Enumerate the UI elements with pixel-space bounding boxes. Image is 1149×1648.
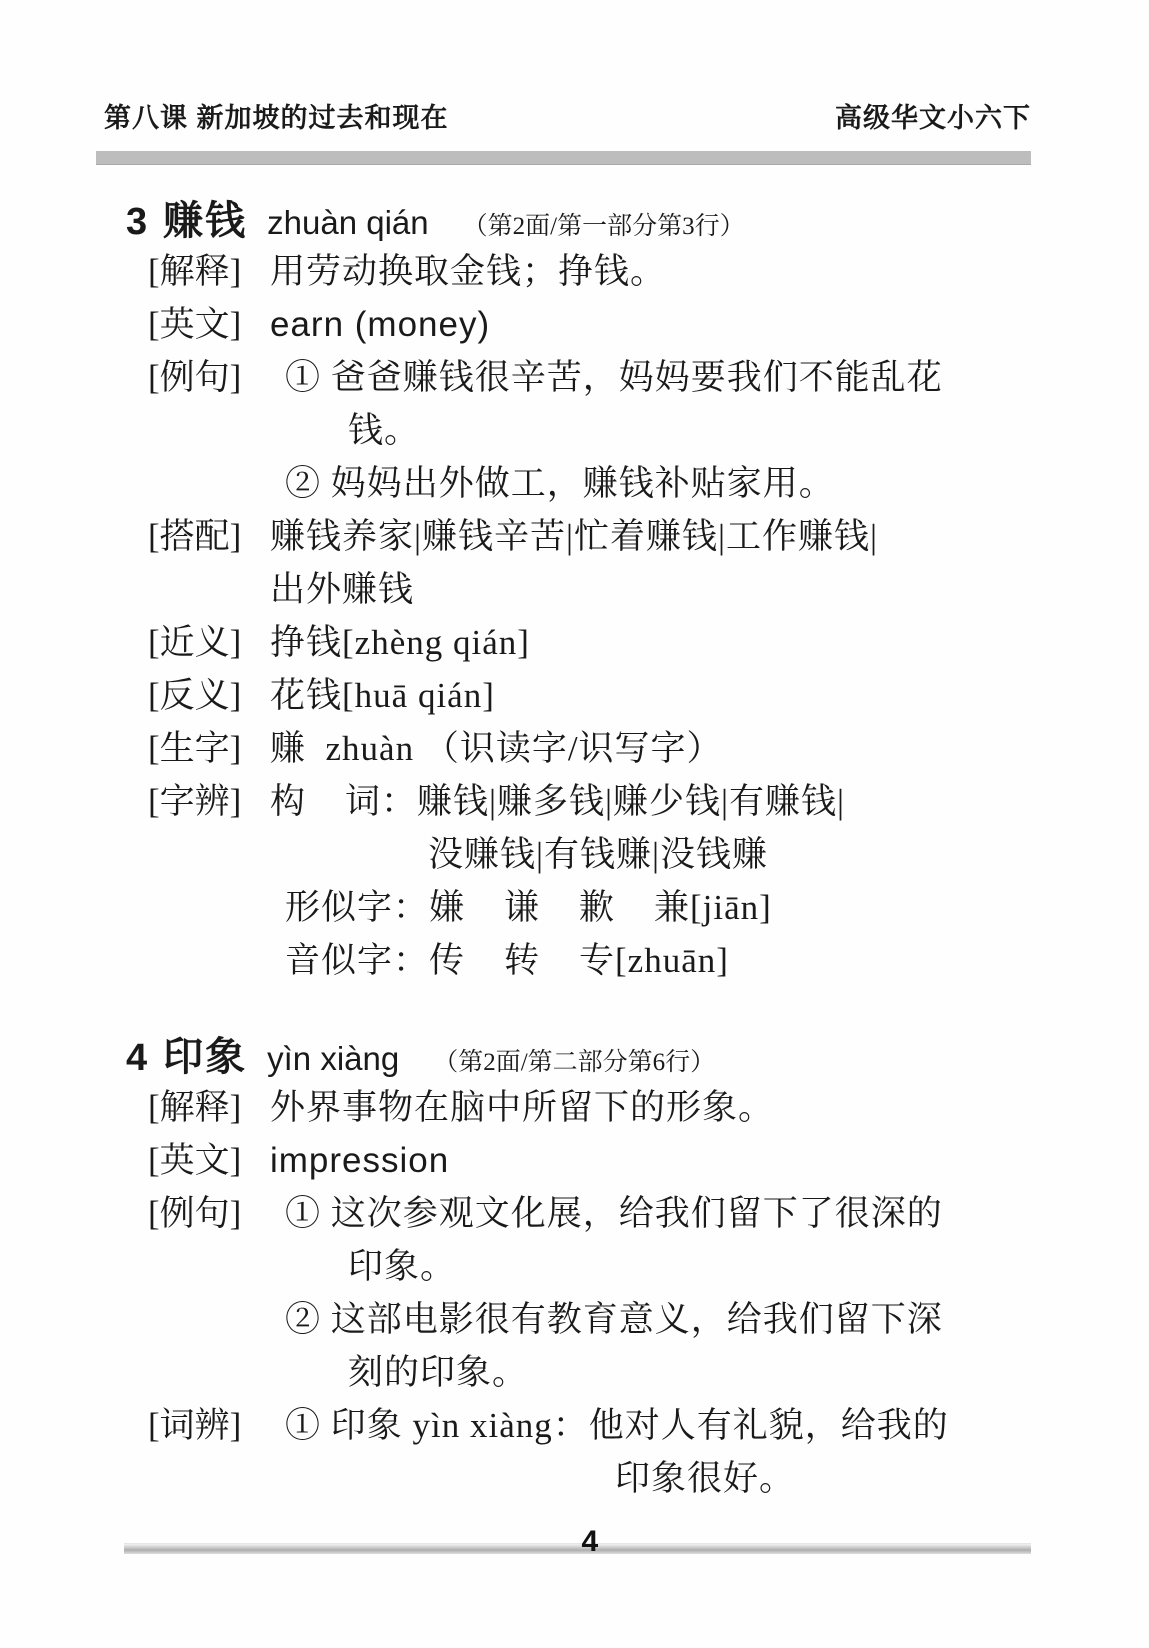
text-line: ② 这部电影很有教育意义，给我们留下深 bbox=[270, 1293, 1039, 1346]
text-line: 用劳动换取金钱；挣钱。 bbox=[270, 245, 1039, 298]
text-line: 印象很好。 bbox=[270, 1452, 1039, 1505]
section-label: [字辨] bbox=[148, 775, 244, 987]
section-synonym: [近义] 挣钱[zhèng qián] bbox=[148, 616, 1039, 669]
section-label: [反义] bbox=[148, 669, 244, 722]
text-line: 挣钱[zhèng qián] bbox=[270, 616, 1039, 669]
entry-word: 印象 bbox=[163, 1025, 247, 1082]
entry-yinxiang: 4 印象 yìn xiàng （第2面/第二部分第6行） [解释] 外界事物在脑… bbox=[118, 1025, 1039, 1505]
text-line: 花钱[huā qián] bbox=[270, 669, 1039, 722]
page-number: 4 bbox=[582, 1525, 599, 1559]
lesson-title: 第八课 新加坡的过去和现在 bbox=[104, 96, 449, 135]
section-examples: [例句] ① 爸爸赚钱很辛苦，妈妈要我们不能乱花 钱。 ② 妈妈出外做工，赚钱补… bbox=[148, 351, 1039, 510]
text-line: 钱。 bbox=[270, 404, 1039, 457]
section-new-character: [生字] 赚 zhuàn （识读字/识写字） bbox=[148, 722, 1039, 775]
section-character-discrimination: [字辨] 构 词：赚钱|赚多钱|赚少钱|有赚钱| 没赚钱|有钱赚|没钱赚 形似字… bbox=[148, 775, 1039, 987]
text-line: impression bbox=[270, 1134, 1039, 1187]
entry-heading: 4 印象 yìn xiàng （第2面/第二部分第6行） bbox=[126, 1025, 1039, 1081]
section-definition: [解释] 外界事物在脑中所留下的形象。 bbox=[148, 1081, 1039, 1134]
page-footer: 4 bbox=[124, 1541, 1031, 1553]
entry-pinyin: yìn xiàng bbox=[267, 1040, 399, 1078]
text-line: 外界事物在脑中所留下的形象。 bbox=[270, 1081, 1039, 1134]
text-line: 赚钱养家|赚钱辛苦|忙着赚钱|工作赚钱| bbox=[270, 510, 1039, 563]
entry-heading: 3 赚钱 zhuàn qián （第2面/第一部分第3行） bbox=[126, 189, 1039, 245]
section-label: [近义] bbox=[148, 616, 244, 669]
textbook-page: 第八课 新加坡的过去和现在 高级华文小六下 3 赚钱 zhuàn qián （第… bbox=[0, 0, 1149, 1648]
text-line: 没赚钱|有钱赚|没钱赚 bbox=[270, 828, 1039, 881]
entry-number: 4 bbox=[126, 1037, 147, 1080]
section-collocations: [搭配] 赚钱养家|赚钱辛苦|忙着赚钱|工作赚钱| 出外赚钱 bbox=[148, 510, 1039, 616]
text-line: ② 妈妈出外做工，赚钱补贴家用。 bbox=[270, 457, 1039, 510]
section-examples: [例句] ① 这次参观文化展，给我们留下了很深的 印象。 ② 这部电影很有教育意… bbox=[148, 1187, 1039, 1399]
section-label: [解释] bbox=[148, 1081, 244, 1134]
text-line: ① 这次参观文化展，给我们留下了很深的 bbox=[270, 1187, 1039, 1240]
glossary-content: 3 赚钱 zhuàn qián （第2面/第一部分第3行） [解释] 用劳动换取… bbox=[118, 189, 1039, 1505]
header-divider bbox=[96, 151, 1031, 165]
entry-number: 3 bbox=[126, 201, 147, 244]
section-label: [例句] bbox=[148, 1187, 244, 1399]
section-label: [英文] bbox=[148, 1134, 244, 1187]
entry-zhuanqian: 3 赚钱 zhuàn qián （第2面/第一部分第3行） [解释] 用劳动换取… bbox=[118, 189, 1039, 987]
text-line: 印象。 bbox=[270, 1240, 1039, 1293]
section-english: [英文] impression bbox=[148, 1134, 1039, 1187]
text-line: earn (money) bbox=[270, 298, 1039, 351]
page-header: 第八课 新加坡的过去和现在 高级华文小六下 bbox=[0, 0, 1149, 135]
text-line: 形似字：嫌 谦 歉 兼[jiān] bbox=[270, 881, 1039, 934]
text-line: 出外赚钱 bbox=[270, 563, 1039, 616]
text-line: 音似字：传 转 专[zhuān] bbox=[270, 934, 1039, 987]
text-line: 构 词：赚钱|赚多钱|赚少钱|有赚钱| bbox=[270, 775, 1039, 828]
entry-location: （第2面/第一部分第3行） bbox=[463, 206, 745, 242]
section-antonym: [反义] 花钱[huā qián] bbox=[148, 669, 1039, 722]
section-word-discrimination: [词辨] ① 印象 yìn xiàng：他对人有礼貌，给我的 印象很好。 bbox=[148, 1399, 1039, 1505]
entry-pinyin: zhuàn qián bbox=[267, 204, 428, 242]
section-label: [生字] bbox=[148, 722, 244, 775]
section-label: [英文] bbox=[148, 298, 244, 351]
book-title: 高级华文小六下 bbox=[835, 96, 1031, 135]
footer-divider bbox=[124, 1543, 1031, 1554]
text-line: 刻的印象。 bbox=[270, 1346, 1039, 1399]
text-line: ① 印象 yìn xiàng：他对人有礼貌，给我的 bbox=[270, 1399, 1039, 1452]
entry-location: （第2面/第二部分第6行） bbox=[433, 1042, 715, 1078]
section-label: [例句] bbox=[148, 351, 244, 510]
text-line: ① 爸爸赚钱很辛苦，妈妈要我们不能乱花 bbox=[270, 351, 1039, 404]
entry-word: 赚钱 bbox=[163, 189, 247, 246]
section-definition: [解释] 用劳动换取金钱；挣钱。 bbox=[148, 245, 1039, 298]
section-english: [英文] earn (money) bbox=[148, 298, 1039, 351]
section-label: [解释] bbox=[148, 245, 244, 298]
text-line: 赚 zhuàn （识读字/识写字） bbox=[270, 722, 1039, 775]
section-label: [搭配] bbox=[148, 510, 244, 616]
section-label: [词辨] bbox=[148, 1399, 244, 1505]
